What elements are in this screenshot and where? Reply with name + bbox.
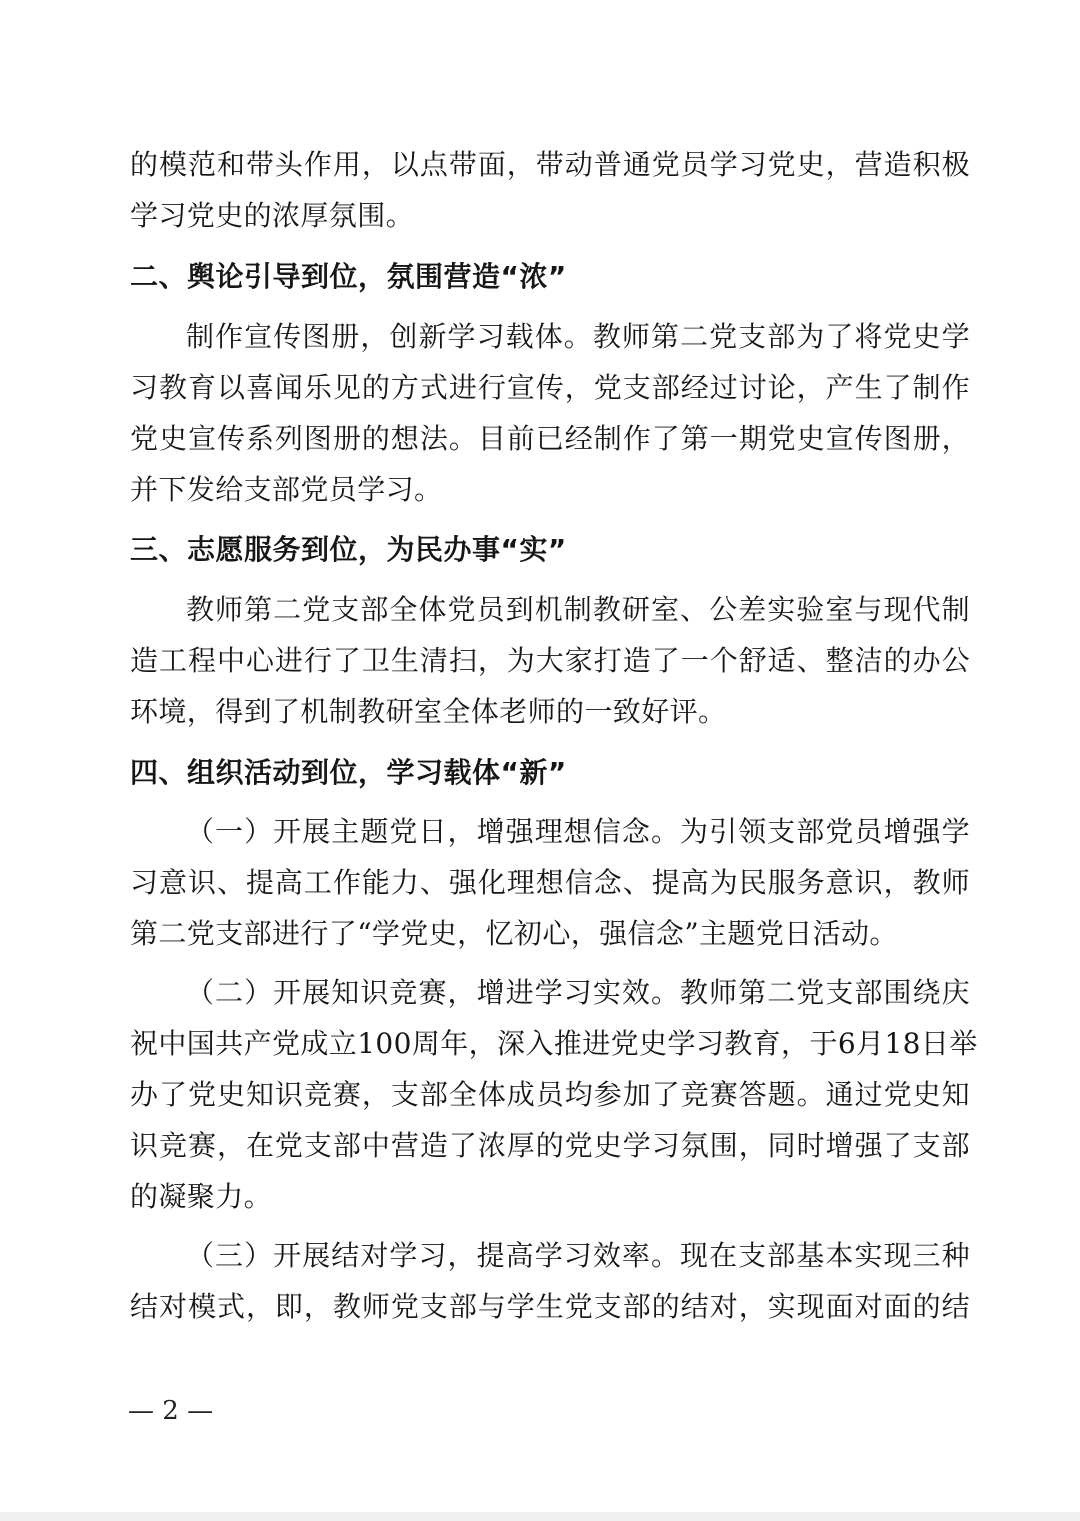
paragraph-line: 习意识、提高工作能力、强化理想信念、提高为民服务意识，教师 bbox=[130, 866, 970, 900]
paragraph-line: 党史宣传系列图册的想法。目前已经制作了第一期党史宣传图册， bbox=[130, 422, 970, 456]
paragraph-line: （二）开展知识竞赛，增进学习实效。教师第二党支部围绕庆 bbox=[186, 976, 970, 1010]
paragraph-line: （三）开展结对学习，提高学习效率。现在支部基本实现三种 bbox=[186, 1239, 970, 1273]
paragraph-line: 习教育以喜闻乐见的方式进行宣传，党支部经过讨论，产生了制作 bbox=[130, 371, 970, 405]
paragraph-line: 制作宣传图册，创新学习载体。教师第二党支部为了将党史学 bbox=[186, 320, 970, 354]
paragraph-line: （一）开展主题党日，增强理想信念。为引领支部党员增强学 bbox=[186, 815, 970, 849]
paragraph-line: 结对模式，即，教师党支部与学生党支部的结对，实现面对面的结 bbox=[130, 1290, 970, 1324]
section-heading: 四、组织活动到位，学习载体“新” bbox=[130, 756, 567, 790]
paragraph-line: 办了党史知识竞赛，支部全体成员均参加了竞赛答题。通过党史知 bbox=[130, 1078, 970, 1112]
page-bottom-edge bbox=[0, 1512, 1080, 1521]
paragraph-line: 环境，得到了机制教研室全体老师的一致好评。 bbox=[130, 695, 970, 729]
page-number: — 2 — bbox=[128, 1396, 213, 1426]
paragraph-line: 并下发给支部党员学习。 bbox=[130, 473, 970, 507]
section-heading: 三、志愿服务到位，为民办事“实” bbox=[130, 533, 567, 567]
paragraph-line: 学习党史的浓厚氛围。 bbox=[130, 199, 970, 233]
paragraph-line: 造工程中心进行了卫生清扫，为大家打造了一个舒适、整洁的办公 bbox=[130, 644, 970, 678]
paragraph-line: 第二党支部进行了“学党史，忆初心，强信念”主题党日活动。 bbox=[130, 917, 970, 951]
document-page: 的模范和带头作用，以点带面，带动普通党员学习党史，营造积极 学习党史的浓厚氛围。… bbox=[0, 0, 1080, 1512]
section-heading: 二、舆论引导到位，氛围营造“浓” bbox=[130, 260, 567, 294]
paragraph-line: 的凝聚力。 bbox=[130, 1180, 970, 1214]
paragraph-line: 的模范和带头作用，以点带面，带动普通党员学习党史，营造积极 bbox=[130, 148, 970, 182]
paragraph-line: 教师第二党支部全体党员到机制教研室、公差实验室与现代制 bbox=[186, 593, 970, 627]
paragraph-line: 识竞赛，在党支部中营造了浓厚的党史学习氛围，同时增强了支部 bbox=[130, 1129, 970, 1163]
paragraph-line: 祝中国共产党成立100周年，深入推进党史学习教育，于6月18日举 bbox=[130, 1027, 970, 1061]
